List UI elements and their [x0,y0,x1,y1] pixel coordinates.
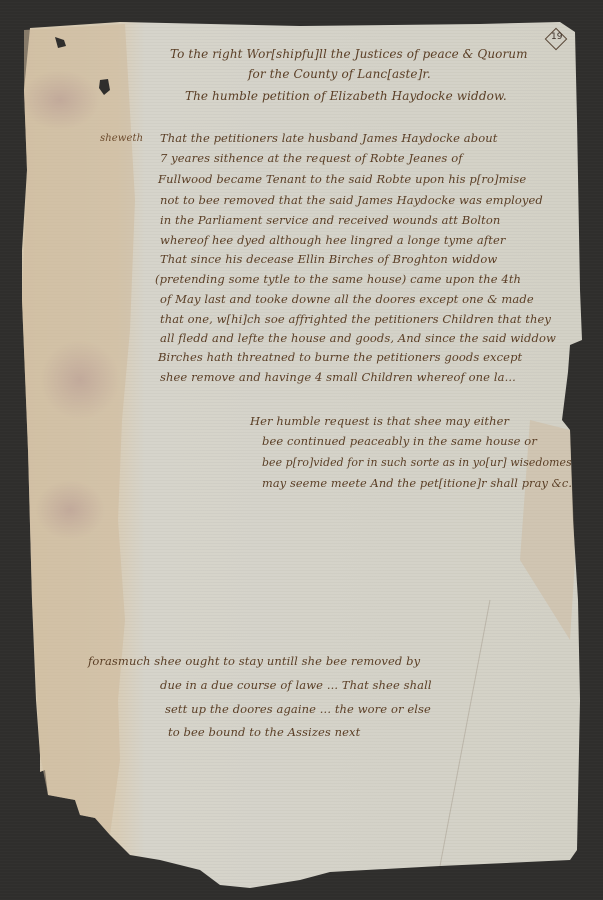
request-line: bee p[ro]vided for in such sorte as in y… [262,457,572,469]
body-line: 7 yeares sithence at the request of Robt… [160,153,463,165]
body-line: That the petitioners late husband James … [160,133,497,145]
body-line: that one, w[hi]ch soe affrighted the pet… [160,314,551,326]
body-line: of May last and tooke downe all the door… [160,294,534,306]
body-line: That since his decease Ellin Birches of … [160,254,497,266]
body-line: all fledd and lefte the house and goods,… [160,333,556,345]
petition-title: The humble petition of Elizabeth Haydock… [185,90,507,102]
request-line: may seeme meete And the pet[itione]r sha… [262,478,572,490]
order-line: forasmuch shee ought to stay untill she … [88,656,420,668]
body-line: Birches hath threatned to burne the peti… [158,352,522,364]
body-line: Fullwood became Tenant to the said Robte… [158,174,526,186]
margin-note: sheweth [100,134,143,144]
order-line: due in a due course of lawe ... That she… [160,680,432,692]
address-line-1: To the right Wor[shipfu]ll the Justices … [170,48,528,60]
body-line: in the Parliament service and received w… [160,215,500,227]
body-line: whereof hee dyed although hee lingred a … [160,235,505,247]
body-line: shee remove and havinge 4 small Children… [160,372,516,384]
request-line: bee continued peaceably in the same hous… [262,436,537,448]
body-line: (pretending some tytle to the same house… [155,274,521,286]
body-line: not to bee removed that the said James H… [160,195,543,207]
order-line: to bee bound to the Assizes next [168,727,360,739]
order-line: sett up the doores againe ... the wore o… [165,704,431,716]
address-line-2: for the County of Lanc[aste]r. [248,68,431,80]
manuscript-text: To the right Wor[shipfu]ll the Justices … [0,0,603,900]
request-line: Her humble request is that shee may eith… [250,416,509,428]
